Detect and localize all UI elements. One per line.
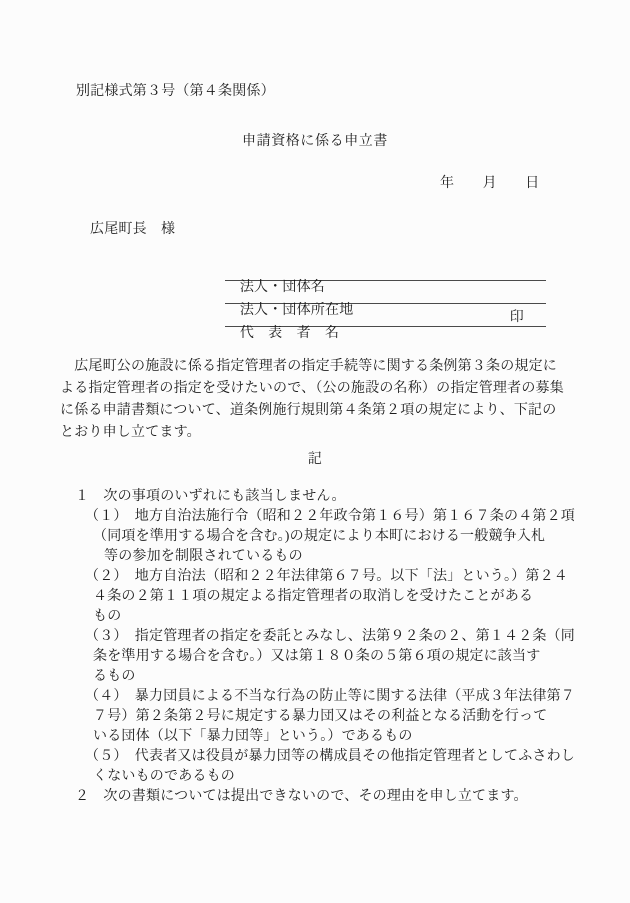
page-title: 申請資格に係る申立書 (0, 130, 630, 150)
body-line: 広尾町公の施設に係る指定管理者の指定手続等に関する条例第３条の規定に (60, 356, 575, 378)
representative-name-label: 代 表 者 名 (240, 326, 339, 342)
list-line-sub3: るもの (93, 667, 580, 687)
body-line: よる指定管理者の指定を受けたいので、（公の施設の名称）の指定管理者の募集 (60, 378, 575, 400)
seal-mark: 印 (510, 310, 524, 326)
list-line-sub1: 等の参加を制限されているもの (104, 547, 580, 567)
list-line-sub3: 条を準用する場合を含む。）又は第１８０条の５第６項の規定に該当す (93, 647, 580, 667)
field-row-organization-name: 法人・団体名 (225, 264, 546, 281)
organization-address-blank[interactable] (366, 287, 546, 303)
list-line-item1: １ 次の事項のいずれにも該当しません。 (75, 487, 580, 507)
date-line: 年 月 日 (440, 172, 539, 192)
list-line-sub4: いる団体（以下「暴力団等」という。）であるもの (93, 727, 580, 747)
document-page: 別記様式第３号（第４条関係） 申請資格に係る申立書 年 月 日 広尾町長 様 法… (0, 0, 630, 903)
ki-section-marker: 記 (0, 448, 630, 468)
field-row-organization-address: 法人・団体所在地 (225, 287, 546, 304)
body-paragraph: 広尾町公の施設に係る指定管理者の指定手続等に関する条例第３条の規定に よる指定管… (60, 356, 575, 444)
body-line: に係る申請書類について、道条例施行規則第４条第２項の規定により、下記の (60, 400, 575, 422)
list-line-item2: ２ 次の書類については提出できないので、その理由を申し立てます。 (75, 787, 580, 807)
conditions-list: １ 次の事項のいずれにも該当しません。 （１） 地方自治法施行令（昭和２２年政令… (60, 487, 580, 807)
list-line-sub4: （４） 暴力団員による不当な行為の防止等に関する法律（平成３年法律第７ (85, 687, 580, 707)
list-line-sub3: （３） 指定管理者の指定を委託とみなし、法第９２条の２、第１４２条（同 (85, 627, 580, 647)
list-line-sub2: ４条の２第１１項の規定よる指定管理者の取消しを受けたことがある (93, 587, 580, 607)
addressee: 広尾町長 様 (90, 218, 175, 238)
organization-name-blank[interactable] (366, 264, 546, 280)
list-line-sub1: （同項を準用する場合を含む。)の規定により本町における一般競争入札 (93, 527, 580, 547)
field-row-representative-name: 代 表 者 名 印 (225, 310, 546, 327)
list-line-sub5: くないものであるもの (93, 767, 580, 787)
list-line-sub2: もの (93, 607, 580, 627)
list-line-sub4: ７号）第２条第２号に規定する暴力団又はその利益となる活動を行って (93, 707, 580, 727)
form-number: 別記様式第３号（第４条関係） (76, 80, 275, 100)
list-line-sub1: （１） 地方自治法施行令（昭和２２年政令第１６号）第１６７条の４第２項 (85, 507, 580, 527)
list-line-sub5: （５） 代表者又は役員が暴力団等の構成員その他指定管理者としてふさわし (85, 747, 580, 767)
body-line: とおり申し立てます。 (60, 422, 575, 444)
list-line-sub2: （２） 地方自治法（昭和２２年法律第６７号。以下「法」という。）第２４ (85, 567, 580, 587)
